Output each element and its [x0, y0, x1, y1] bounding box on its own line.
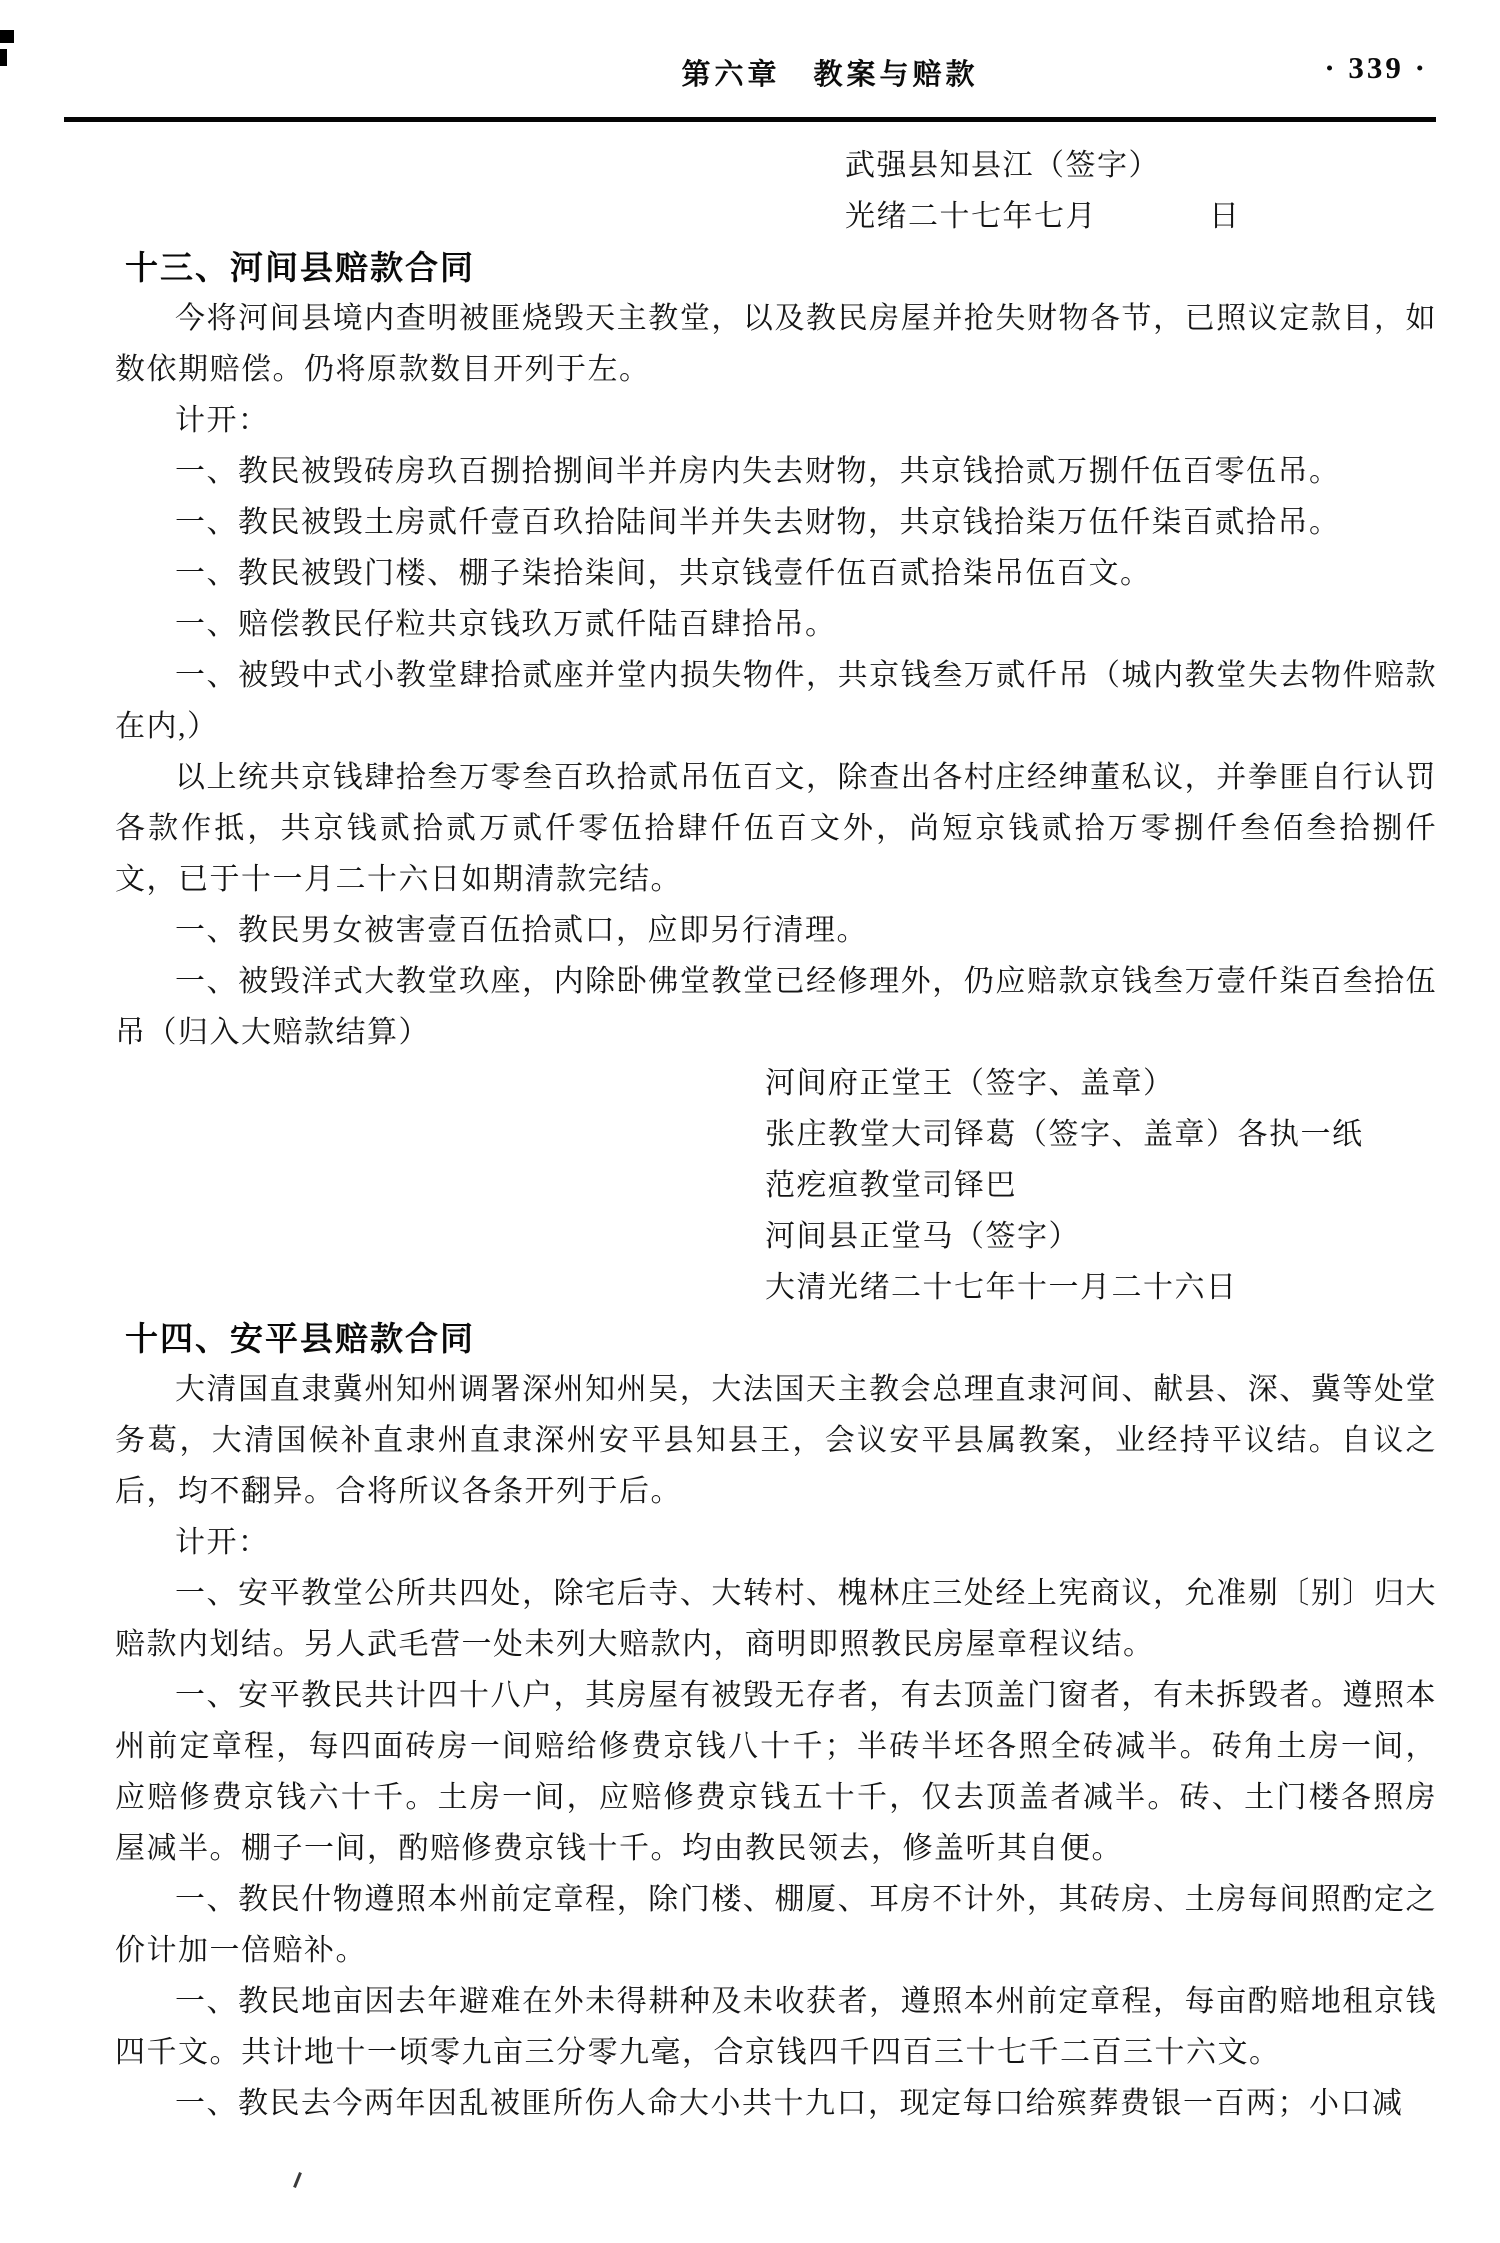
signature-line: 河间府正堂王（签字、盖章）	[765, 1058, 1437, 1109]
signature-line: 范疙疸教堂司铎巴	[765, 1160, 1437, 1211]
signature-line: 武强县知县江（签字）	[845, 140, 1437, 191]
list-label: 计开：	[115, 395, 1437, 446]
list-item: 一、安平教堂公所共四处，除宅后寺、大转村、槐林庄三处经上宪商议，允准剔〔别〕归大…	[115, 1568, 1437, 1670]
section-13-heading: 十三、河间县赔款合同	[115, 242, 1437, 293]
chapter-running-head: 第六章 教案与赔款	[681, 52, 978, 93]
scan-artifact	[0, 30, 14, 43]
signature-date-line: 大清光绪二十七年十一月二十六日	[765, 1262, 1437, 1313]
list-label: 计开：	[115, 1517, 1437, 1568]
list-item: 一、被毁洋式大教堂玖座，内除卧佛堂教堂已经修理外，仍应赔款京钱叁万壹仟柒百叁拾伍…	[115, 956, 1437, 1058]
scan-artifact	[293, 2172, 302, 2188]
signature-line: 河间县正堂马（签字）	[765, 1211, 1437, 1262]
paragraph: 今将河间县境内查明被匪烧毁天主教堂，以及教民房屋并抢失财物各节，已照议定款目，如…	[115, 293, 1437, 395]
list-item: 一、教民被毁土房贰仟壹百玖拾陆间半并失去财物，共京钱拾柒万伍仟柒百贰拾吊。	[115, 497, 1437, 548]
section-14-heading: 十四、安平县赔款合同	[115, 1313, 1437, 1364]
document-body: 武强县知县江（签字） 光绪二十七年七月日 十三、河间县赔款合同 今将河间县境内查…	[115, 140, 1437, 2129]
list-item: 一、教民什物遵照本州前定章程，除门楼、棚厦、耳房不计外，其砖房、土房每间照酌定之…	[115, 1874, 1437, 1976]
date-line: 光绪二十七年七月日	[845, 191, 1437, 242]
page-number: · 339 ·	[1324, 50, 1428, 86]
paragraph: 大清国直隶冀州知州调署深州知州吴，大法国天主教会总理直隶河间、献县、深、冀等处堂…	[115, 1364, 1437, 1517]
list-item: 一、教民被毁门楼、棚子柒拾柒间，共京钱壹仟伍百贰拾柒吊伍百文。	[115, 548, 1437, 599]
list-item: 一、被毁中式小教堂肆拾贰座并堂内损失物件，共京钱叁万贰仟吊（城内教堂失去物件赔款…	[115, 650, 1437, 752]
list-item: 一、教民地亩因去年避难在外未得耕种及未收获者，遵照本州前定章程，每亩酌赔地租京钱…	[115, 1976, 1437, 2078]
hejian-signature-block: 河间府正堂王（签字、盖章） 张庄教堂大司铎葛（签字、盖章）各执一纸 范疙疸教堂司…	[115, 1058, 1437, 1313]
list-item: 一、教民被毁砖房玖百捌拾捌间半并房内失去财物，共京钱拾贰万捌仟伍百零伍吊。	[115, 446, 1437, 497]
date-text: 光绪二十七年七月	[845, 200, 1097, 233]
scan-artifact	[0, 49, 7, 66]
list-item: 一、教民去今两年因乱被匪所伤人命大小共十九口，现定每口给殡葬费银一百两；小口减	[115, 2078, 1437, 2129]
list-item: 一、教民男女被害壹百伍拾贰口，应即另行清理。	[115, 905, 1437, 956]
list-item: 一、赔偿教民仔粒共京钱玖万贰仟陆百肆拾吊。	[115, 599, 1437, 650]
header-rule	[64, 117, 1436, 122]
scanned-book-page: 第六章 教案与赔款 · 339 · 武强县知县江（签字） 光绪二十七年七月日 十…	[0, 0, 1500, 2243]
paragraph: 以上统共京钱肆拾叁万零叁百玖拾贰吊伍百文，除查出各村庄经绅董私议，并拳匪自行认罚…	[115, 752, 1437, 905]
wuqiang-signature-block: 武强县知县江（签字） 光绪二十七年七月日	[115, 140, 1437, 242]
list-item: 一、安平教民共计四十八户，其房屋有被毁无存者，有去顶盖门窗者，有未拆毁者。遵照本…	[115, 1670, 1437, 1874]
signature-line: 张庄教堂大司铎葛（签字、盖章）各执一纸	[765, 1109, 1437, 1160]
date-day-text: 日	[1209, 200, 1241, 233]
